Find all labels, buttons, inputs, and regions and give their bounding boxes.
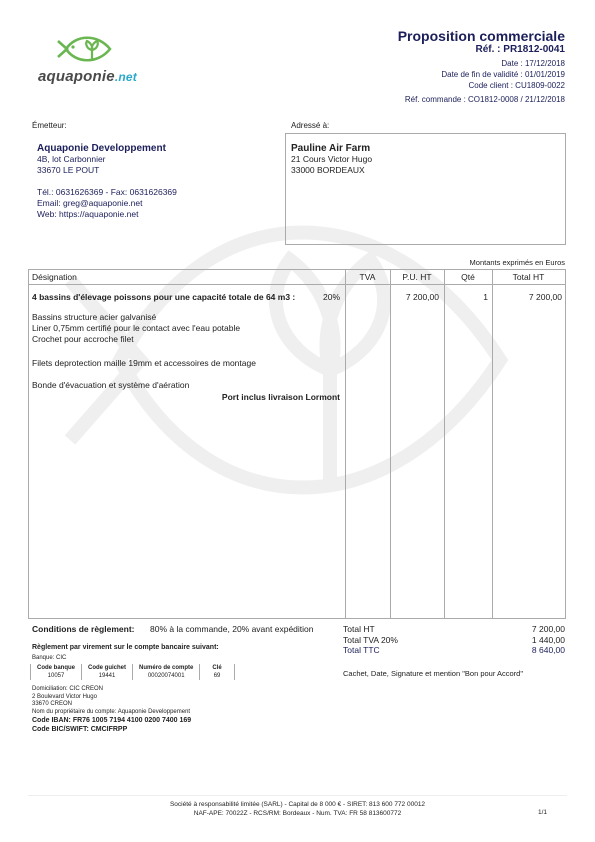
footer-legal-line1: Société à responsabilité limitée (SARL) …	[0, 800, 595, 809]
document-reference: Réf. : PR1812-0041	[476, 44, 566, 55]
issuer-address-line1: 4B, lot Carbonnier	[37, 154, 177, 165]
item-tva: 20%	[323, 292, 340, 302]
issuer-name: Aquaponie Developpement	[37, 143, 177, 154]
branch-code-header: Code guichet	[82, 664, 133, 672]
item-quantity: 1	[483, 292, 488, 302]
footer-legal-line2: NAF-APE: 70022Z - RCS/RM: Bordeaux - Num…	[0, 809, 595, 818]
bic-swift: Code BIC/SWIFT: CMCIFRPP	[32, 725, 191, 734]
issuer-block: Aquaponie Developpement 4B, lot Carbonni…	[37, 143, 177, 220]
bank-name: Banque: CIC	[32, 655, 66, 661]
recipient-address-line2: 33000 BORDEAUX	[291, 165, 372, 176]
recipient-block: Pauline Air Farm 21 Cours Victor Hugo 33…	[291, 143, 372, 176]
item-total: 7 200,00	[529, 292, 562, 302]
total-tva-label: Total TVA 20%	[343, 635, 398, 646]
footer: Société à responsabilité limitée (SARL) …	[0, 800, 595, 818]
header-unit-price: P.U. HT	[390, 272, 444, 282]
order-reference: Réf. commande : CO1812-0008 / 21/12/2018	[405, 95, 565, 104]
recipient-name: Pauline Air Farm	[291, 143, 372, 154]
bank-codes: Code IBAN: FR76 1005 7194 4100 0200 7400…	[32, 716, 191, 734]
account-number: 00020074001	[133, 672, 200, 680]
logo-brand: aquaponie	[38, 68, 115, 85]
recipient-address-line1: 21 Cours Victor Hugo	[291, 154, 372, 165]
item-detail: Bassins structure acier galvanisé	[32, 312, 156, 322]
bank-domiciliation: Domiciliation: CIC CREON 2 Boulevard Vic…	[32, 686, 190, 716]
branch-code: 19441	[82, 672, 133, 680]
client-code: Code client : CU1809-0022	[468, 81, 565, 90]
header-tva: TVA	[345, 272, 390, 282]
footer-divider	[28, 795, 567, 796]
page-number: 1/1	[538, 809, 547, 816]
header-total: Total HT	[492, 272, 565, 282]
column-divider	[492, 270, 493, 618]
account-owner: Nom du propriétaire du compte: Aquaponie…	[32, 709, 190, 717]
bank-transfer-title: Règlement par virement sur le compte ban…	[32, 644, 219, 651]
currency-note: Montants exprimés en Euros	[470, 258, 565, 267]
issuer-address-line2: 33670 LE POUT	[37, 165, 177, 176]
iban: Code IBAN: FR76 1005 7194 4100 0200 7400…	[32, 716, 191, 725]
table-header-divider	[29, 284, 565, 285]
item-detail: Filets deprotection maille 19mm et acces…	[32, 358, 256, 368]
header-designation: Désignation	[32, 272, 77, 282]
account-key: 69	[200, 672, 234, 680]
item-note: Port inclus livraison Lormont	[222, 392, 340, 402]
bank-code-header: Code banque	[31, 664, 82, 672]
payment-conditions-label: Conditions de règlement:	[32, 624, 134, 634]
document-title: Proposition commerciale	[398, 28, 565, 44]
item-detail: Bonde d'évacuation et système d'aération	[32, 380, 189, 390]
signature-note: Cachet, Date, Signature et mention "Bon …	[343, 669, 523, 678]
column-divider	[345, 270, 346, 618]
bank-code: 10057	[31, 672, 82, 680]
payment-conditions-value: 80% à la commande, 20% avant expédition	[150, 624, 314, 634]
domiciliation-line: 33670 CREON	[32, 701, 190, 709]
issuer-label: Émetteur:	[32, 121, 67, 130]
issuer-email[interactable]: Email: greg@aquaponie.net	[37, 198, 177, 209]
domiciliation-line: 2 Boulevard Victor Hugo	[32, 694, 190, 702]
issuer-web[interactable]: Web: https://aquaponie.net	[37, 209, 177, 220]
total-ttc-label: Total TTC	[343, 645, 380, 656]
total-tva-value: 1 440,00	[532, 635, 565, 646]
company-logo: aquaponie.net	[38, 30, 148, 88]
column-divider	[390, 270, 391, 618]
item-title: 4 bassins d'élevage poissons pour une ca…	[32, 292, 295, 302]
items-table: Désignation TVA P.U. HT Qté Total HT 4 b…	[28, 269, 566, 619]
item-unit-price: 7 200,00	[406, 292, 439, 302]
item-detail: Crochet pour accroche filet	[32, 334, 134, 344]
totals-block: Total HT7 200,00 Total TVA 20%1 440,00 T…	[343, 624, 565, 656]
document-date: Date : 17/12/2018	[501, 59, 565, 68]
item-detail: Liner 0,75mm certifié pour le contact av…	[32, 323, 240, 333]
total-ht-value: 7 200,00	[532, 624, 565, 635]
fish-logo-icon	[56, 30, 116, 68]
logo-tld: .net	[115, 70, 137, 84]
column-divider	[444, 270, 445, 618]
domiciliation-line: Domiciliation: CIC CREON	[32, 686, 190, 694]
validity-date: Date de fin de validité : 01/01/2019	[441, 70, 565, 79]
key-header: Clé	[200, 664, 234, 672]
issuer-phone: Tél.: 0631626369 - Fax: 0631626369	[37, 187, 177, 198]
bank-details-table: Code banque Code guichet Numéro de compt…	[30, 664, 235, 680]
header-quantity: Qté	[444, 272, 492, 282]
total-ttc-value: 8 640,00	[532, 645, 565, 656]
total-ht-label: Total HT	[343, 624, 375, 635]
account-number-header: Numéro de compte	[133, 664, 200, 672]
recipient-label: Adressé à:	[291, 121, 329, 130]
